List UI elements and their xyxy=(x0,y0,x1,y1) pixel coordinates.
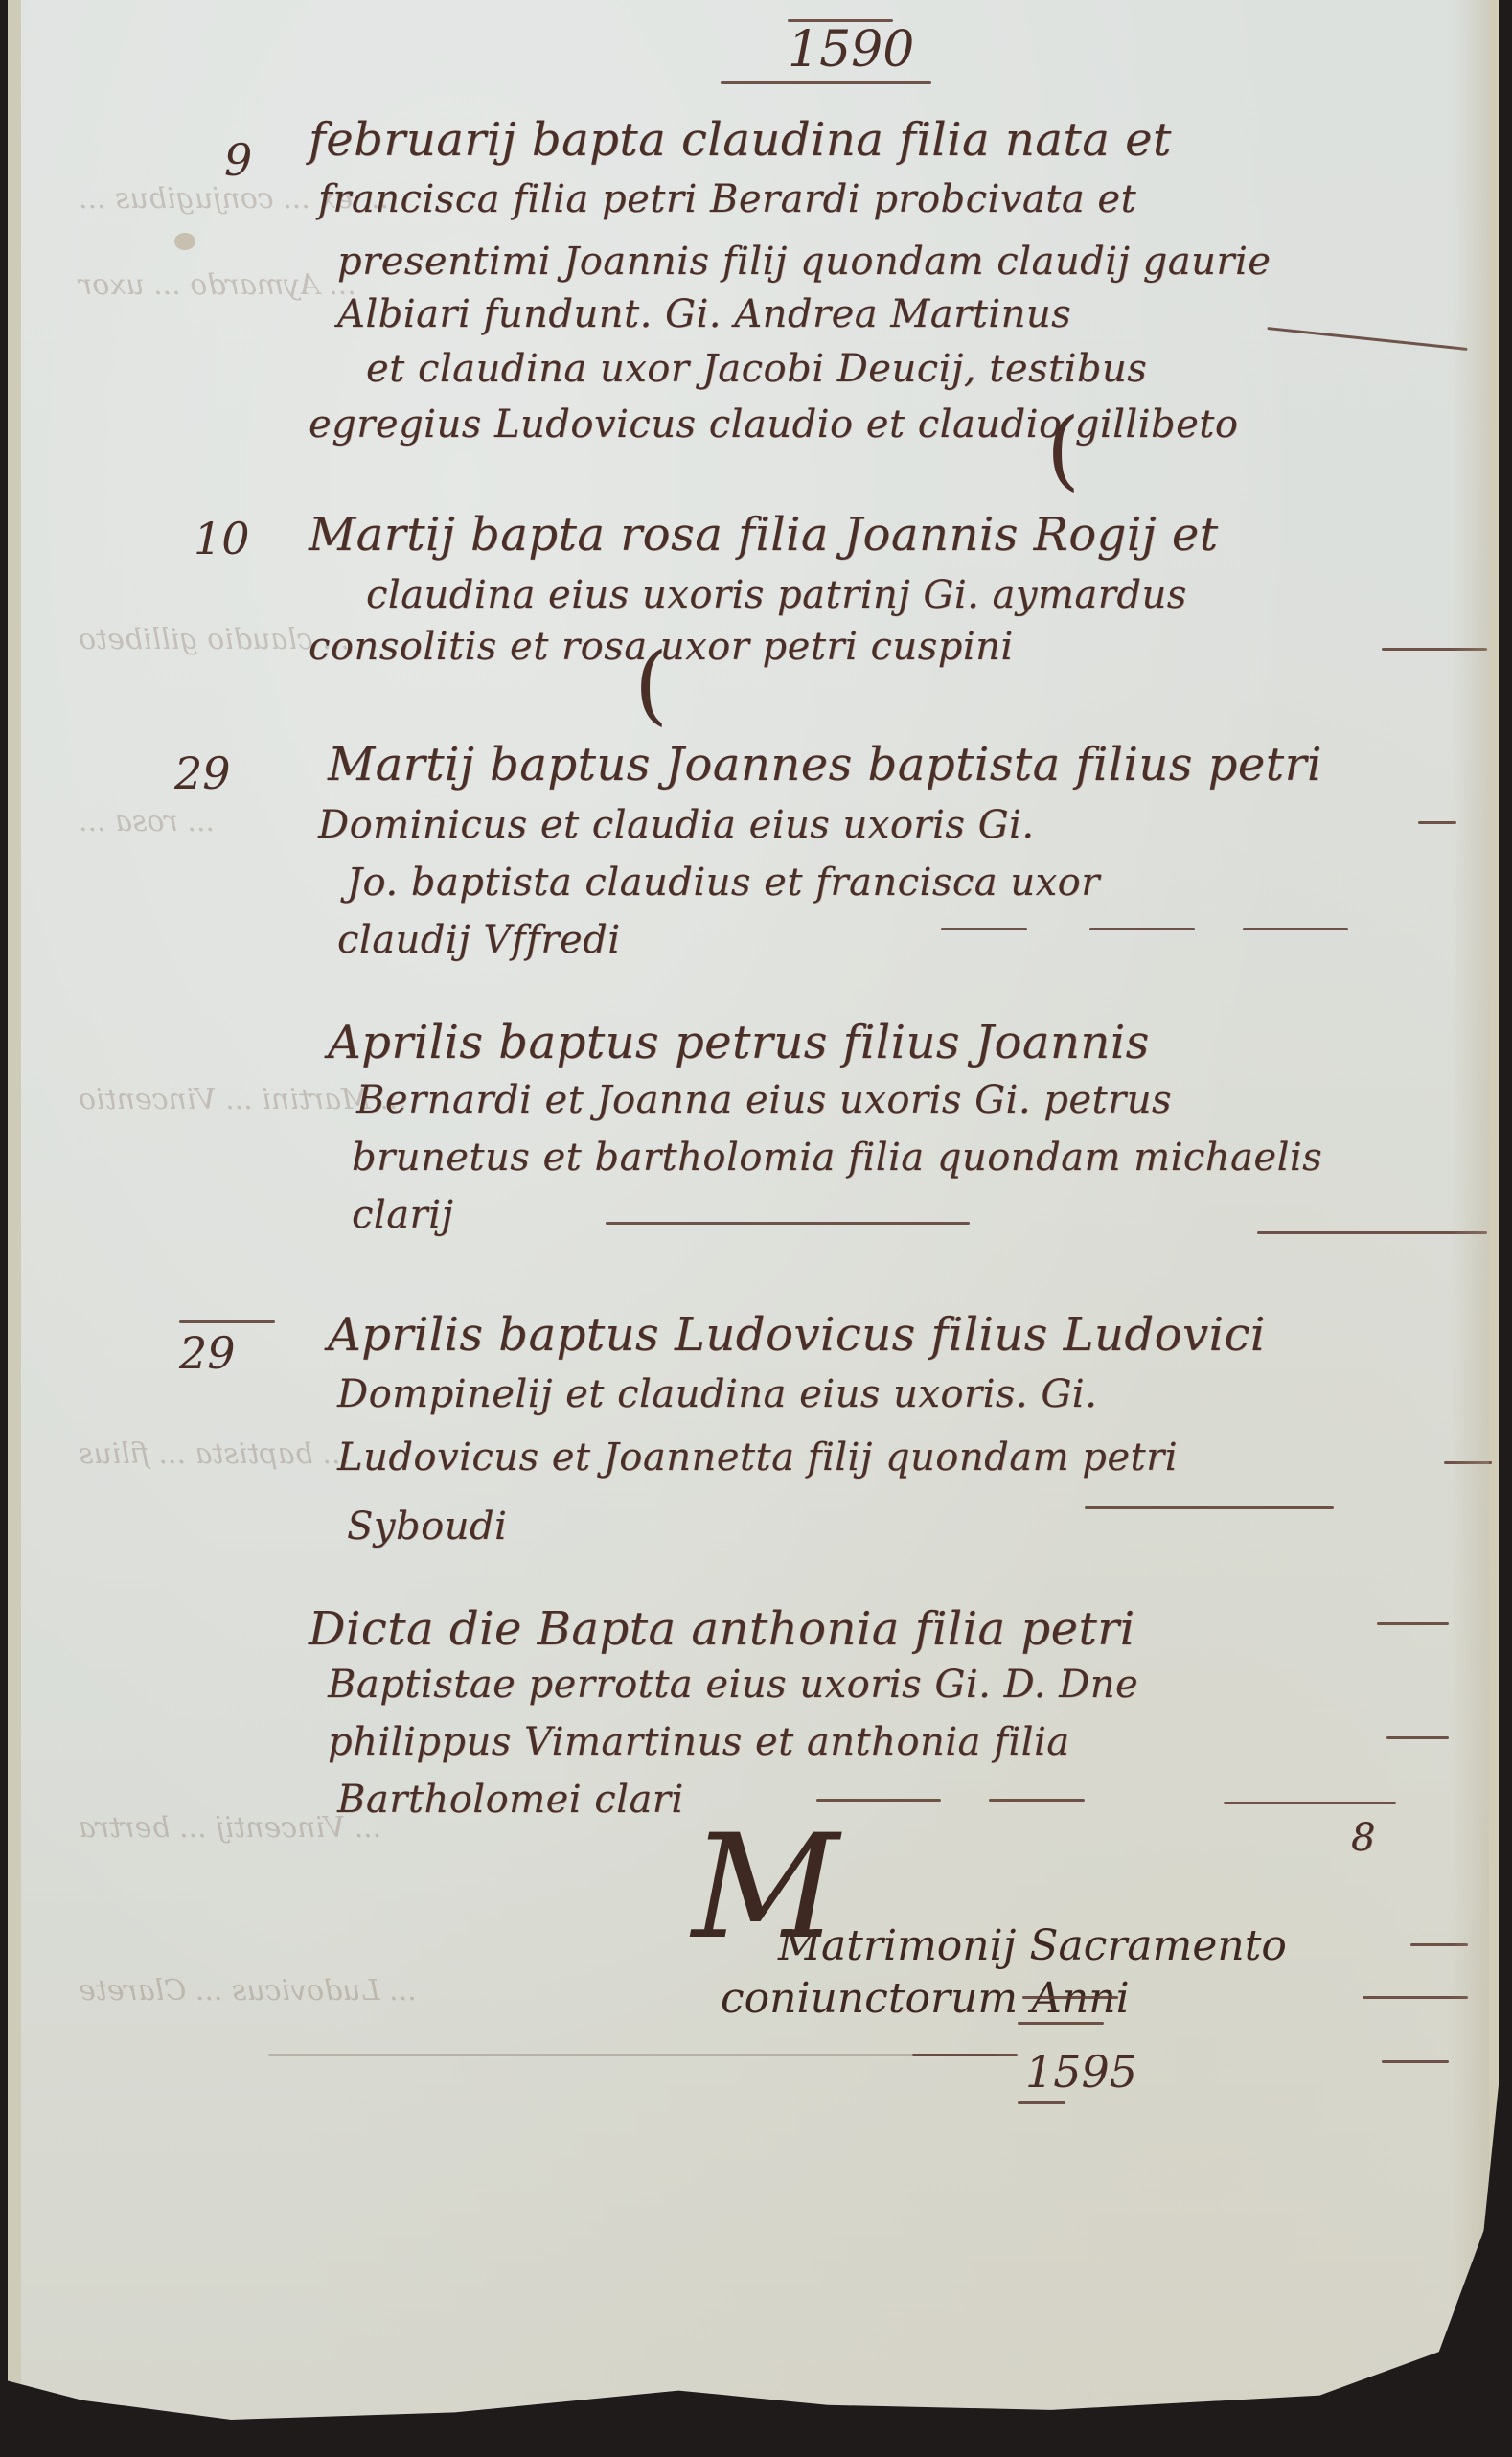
entry-day: 29 xyxy=(174,747,231,799)
entry-line: et claudina uxor Jacobi Deucij, testibus xyxy=(366,347,1147,391)
brace-mark: ( xyxy=(634,642,668,728)
year-underline xyxy=(721,81,931,84)
line-flourish xyxy=(1089,928,1195,930)
line-flourish xyxy=(1418,821,1456,824)
entry-line: februarij bapta claudina filia nata et xyxy=(309,113,1172,167)
entry-line: Ludovicus et Joannetta filij quondam pet… xyxy=(337,1435,1178,1480)
line-flourish xyxy=(816,1799,941,1802)
entry-line: claudij Vffredi xyxy=(337,918,621,962)
line-flourish xyxy=(1267,327,1467,351)
entry-line: Syboudi xyxy=(347,1504,507,1549)
year-leadline xyxy=(912,2054,1018,2056)
entry-line: egregius Ludovicus claudio et claudio gi… xyxy=(309,402,1238,447)
entry-line: Bernardi et Joanna eius uxoris Gi. petru… xyxy=(356,1078,1172,1122)
line-flourish xyxy=(1257,1231,1487,1234)
ink-stain xyxy=(174,233,195,250)
entry-line: Aprilis baptus petrus filius Joannis xyxy=(328,1016,1150,1069)
entry-line: Aprilis baptus Ludovicus filius Ludovici xyxy=(328,1308,1266,1362)
bleed-through-text: ... baptista ... filius xyxy=(79,1437,350,1471)
year-underline xyxy=(1018,2101,1065,2104)
entry-line: Jo. baptista claudius et francisca uxor xyxy=(347,861,1100,905)
line-flourish xyxy=(1022,1996,1118,1999)
line-flourish xyxy=(1386,1736,1449,1739)
line-flourish xyxy=(1382,648,1487,651)
year-leadline xyxy=(1382,2060,1449,2063)
bleed-through-text: ... Ludovicus ... Clarete xyxy=(79,1974,417,2008)
line-flourish xyxy=(179,1320,275,1323)
entry-line: claudina eius uxoris patrinj Gi. aymardu… xyxy=(366,573,1187,617)
entry-line: Albiari fundunt. Gi. Andrea Martinus xyxy=(337,292,1071,336)
entry-line: Martij baptus Joannes baptista filius pe… xyxy=(328,738,1322,792)
entry-line: Dicta die Bapta anthonia filia petri xyxy=(309,1602,1135,1656)
entry-line: Baptistae perrotta eius uxoris Gi. D. Dn… xyxy=(328,1663,1138,1707)
manuscript-page: ... ex ... conjugibus ... ... Aymardo ..… xyxy=(8,0,1499,2424)
header-year: 1590 xyxy=(788,21,914,79)
line-flourish xyxy=(1085,1506,1334,1509)
entry-line: Dompinelij et claudina eius uxoris. Gi. xyxy=(337,1372,1097,1416)
line-flourish xyxy=(1224,1802,1396,1804)
line-flourish xyxy=(1363,1996,1468,1999)
bleed-through-text: ... Vincentij ... bertra xyxy=(79,1811,381,1845)
closing-line: Matrimonij Sacramento xyxy=(778,1921,1287,1970)
entry-line: presentimi Joannis filij quondam claudij… xyxy=(337,240,1271,284)
line-flourish xyxy=(1243,928,1348,930)
footer-year: 1595 xyxy=(1025,2046,1137,2098)
entry-line: Martij bapta rosa filia Joannis Rogij et xyxy=(309,508,1219,562)
entry-line: philippus Vimartinus et anthonia filia xyxy=(328,1720,1070,1764)
bleed-through-text: ... rosa ... xyxy=(79,805,215,838)
year-leadline xyxy=(268,2054,997,2056)
line-flourish xyxy=(1410,1943,1468,1946)
bleed-through-text: ... Aymardo ... uxor xyxy=(79,268,356,302)
entry-line: brunetus et bartholomia filia quondam mi… xyxy=(352,1136,1322,1180)
line-flourish xyxy=(989,1799,1085,1802)
entry-day: 10 xyxy=(194,513,250,564)
entry-line: Dominicus et claudia eius uxoris Gi. xyxy=(318,803,1035,847)
line-flourish xyxy=(1444,1461,1492,1464)
brace-mark: ( xyxy=(1046,407,1080,494)
line-flourish xyxy=(606,1222,970,1225)
entry-line: Bartholomei clari xyxy=(337,1778,684,1822)
line-flourish xyxy=(1018,2022,1104,2025)
entry-line: francisca filia petri Berardi probcivata… xyxy=(318,177,1136,221)
entry-day: 29 xyxy=(179,1327,236,1379)
entry-day: 9 xyxy=(224,134,252,186)
line-flourish xyxy=(1377,1622,1449,1625)
margin-mark: 8 xyxy=(1351,1816,1376,1860)
line-flourish xyxy=(941,928,1027,930)
entry-line: clarij xyxy=(352,1193,453,1237)
